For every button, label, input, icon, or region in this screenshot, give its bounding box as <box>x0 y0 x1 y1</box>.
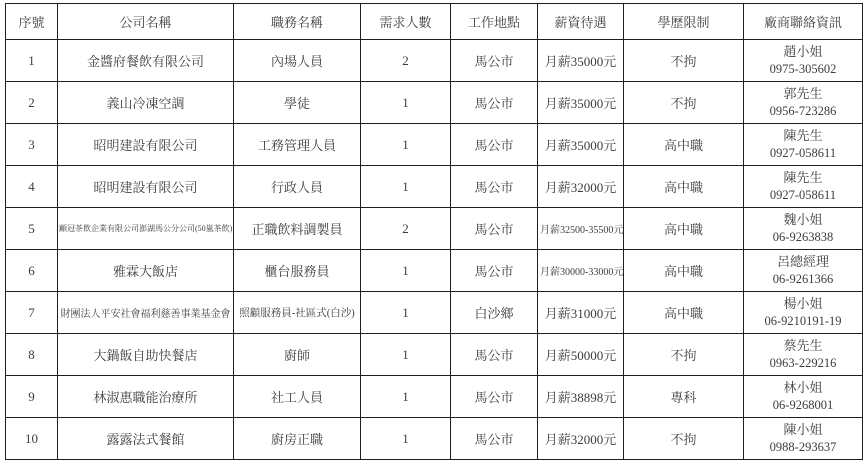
cell-salary: 月薪50000元 <box>538 334 624 376</box>
contact-phone-number: 0927-058611 <box>746 187 860 203</box>
contact-person-name: 陳先生 <box>746 170 860 187</box>
table-row: 2 義山冷凍空調 學徒 1 馬公市 月薪35000元 不拘 郭先生 0956-7… <box>6 82 863 124</box>
cell-vendor-contact: 蔡先生 0963-229216 <box>744 334 863 376</box>
contact-person-name: 呂總經理 <box>746 254 860 271</box>
table-row: 7 財團法人平安社會福利慈善事業基金會 照顧服務員-社區式(白沙) 1 白沙鄉 … <box>6 292 863 334</box>
cell-work-location: 馬公市 <box>451 334 538 376</box>
cell-job-title: 工務管理人員 <box>234 124 361 166</box>
cell-work-location: 白沙鄉 <box>451 292 538 334</box>
cell-company-name: 金醬府餐飲有限公司 <box>58 40 234 82</box>
cell-education-limit: 不拘 <box>624 82 744 124</box>
cell-vendor-contact: 郭先生 0956-723286 <box>744 82 863 124</box>
cell-salary: 月薪32000元 <box>538 418 624 460</box>
table-row: 3 昭明建設有限公司 工務管理人員 1 馬公市 月薪35000元 高中職 陳先生… <box>6 124 863 166</box>
cell-serial-number: 10 <box>6 418 58 460</box>
cell-serial-number: 7 <box>6 292 58 334</box>
header-job-title: 職務名稱 <box>234 4 361 40</box>
table-row: 10 露露法式餐館 廚房正職 1 馬公市 月薪32000元 不拘 陳小姐 098… <box>6 418 863 460</box>
cell-serial-number: 2 <box>6 82 58 124</box>
contact-person-name: 魏小姐 <box>746 212 860 229</box>
cell-education-limit: 高中職 <box>624 250 744 292</box>
cell-salary: 月薪38898元 <box>538 376 624 418</box>
header-headcount: 需求人數 <box>361 4 451 40</box>
cell-company-name: 顧冠茶飲企業有限公司澎湖馬公分公司(50嵐茶飲) <box>58 208 234 250</box>
job-listings-table: 序號 公司名稱 職務名稱 需求人數 工作地點 薪資待遇 學歷限制 廠商聯絡資訊 … <box>5 3 863 460</box>
cell-education-limit: 高中職 <box>624 166 744 208</box>
cell-vendor-contact: 陳小姐 0988-293637 <box>744 418 863 460</box>
cell-company-name: 林淑惠職能治療所 <box>58 376 234 418</box>
cell-vendor-contact: 楊小姐 06-9210191-19 <box>744 292 863 334</box>
cell-education-limit: 高中職 <box>624 208 744 250</box>
contact-phone-number: 06-9268001 <box>746 397 860 413</box>
cell-headcount: 1 <box>361 82 451 124</box>
cell-job-title: 社工人員 <box>234 376 361 418</box>
contact-phone-number: 06-9210191-19 <box>746 313 860 329</box>
cell-job-title: 學徒 <box>234 82 361 124</box>
header-vendor-contact: 廠商聯絡資訊 <box>744 4 863 40</box>
cell-vendor-contact: 陳先生 0927-058611 <box>744 124 863 166</box>
cell-work-location: 馬公市 <box>451 82 538 124</box>
table-body: 1 金醬府餐飲有限公司 內場人員 2 馬公市 月薪35000元 不拘 趙小姐 0… <box>6 40 863 460</box>
cell-education-limit: 不拘 <box>624 334 744 376</box>
cell-headcount: 1 <box>361 124 451 166</box>
contact-person-name: 陳先生 <box>746 128 860 145</box>
cell-salary: 月薪32500-35500元 <box>538 208 624 250</box>
header-work-location: 工作地點 <box>451 4 538 40</box>
cell-job-title: 正職飲料調製員 <box>234 208 361 250</box>
cell-headcount: 1 <box>361 418 451 460</box>
cell-serial-number: 5 <box>6 208 58 250</box>
cell-salary: 月薪35000元 <box>538 40 624 82</box>
cell-company-name: 財團法人平安社會福利慈善事業基金會 <box>58 292 234 334</box>
cell-salary: 月薪32000元 <box>538 166 624 208</box>
cell-job-title: 廚師 <box>234 334 361 376</box>
contact-phone-number: 06-9261366 <box>746 271 860 287</box>
cell-education-limit: 高中職 <box>624 292 744 334</box>
cell-salary: 月薪30000-33000元 <box>538 250 624 292</box>
job-listings-document: 序號 公司名稱 職務名稱 需求人數 工作地點 薪資待遇 學歷限制 廠商聯絡資訊 … <box>5 3 863 460</box>
cell-headcount: 1 <box>361 166 451 208</box>
cell-serial-number: 8 <box>6 334 58 376</box>
cell-work-location: 馬公市 <box>451 208 538 250</box>
contact-person-name: 郭先生 <box>746 86 860 103</box>
contact-phone-number: 06-9263838 <box>746 229 860 245</box>
contact-phone-number: 0956-723286 <box>746 103 860 119</box>
table-row: 1 金醬府餐飲有限公司 內場人員 2 馬公市 月薪35000元 不拘 趙小姐 0… <box>6 40 863 82</box>
cell-education-limit: 專科 <box>624 376 744 418</box>
cell-vendor-contact: 陳先生 0927-058611 <box>744 166 863 208</box>
cell-headcount: 1 <box>361 334 451 376</box>
cell-company-name: 義山冷凍空調 <box>58 82 234 124</box>
cell-company-name: 露露法式餐館 <box>58 418 234 460</box>
cell-work-location: 馬公市 <box>451 418 538 460</box>
cell-company-name: 雅霖大飯店 <box>58 250 234 292</box>
cell-serial-number: 3 <box>6 124 58 166</box>
cell-job-title: 櫃台服務員 <box>234 250 361 292</box>
cell-company-name: 昭明建設有限公司 <box>58 166 234 208</box>
contact-phone-number: 0988-293637 <box>746 439 860 455</box>
cell-headcount: 2 <box>361 208 451 250</box>
contact-person-name: 林小姐 <box>746 380 860 397</box>
contact-person-name: 楊小姐 <box>746 296 860 313</box>
cell-education-limit: 不拘 <box>624 418 744 460</box>
cell-job-title: 照顧服務員-社區式(白沙) <box>234 292 361 334</box>
cell-work-location: 馬公市 <box>451 166 538 208</box>
cell-work-location: 馬公市 <box>451 376 538 418</box>
cell-serial-number: 1 <box>6 40 58 82</box>
cell-serial-number: 6 <box>6 250 58 292</box>
contact-person-name: 陳小姐 <box>746 422 860 439</box>
cell-company-name: 大鍋飯自助快餐店 <box>58 334 234 376</box>
table-row: 8 大鍋飯自助快餐店 廚師 1 馬公市 月薪50000元 不拘 蔡先生 0963… <box>6 334 863 376</box>
header-salary: 薪資待遇 <box>538 4 624 40</box>
table-row: 5 顧冠茶飲企業有限公司澎湖馬公分公司(50嵐茶飲) 正職飲料調製員 2 馬公市… <box>6 208 863 250</box>
contact-person-name: 趙小姐 <box>746 44 860 61</box>
contact-person-name: 蔡先生 <box>746 338 860 355</box>
cell-job-title: 行政人員 <box>234 166 361 208</box>
cell-salary: 月薪31000元 <box>538 292 624 334</box>
header-education-limit: 學歷限制 <box>624 4 744 40</box>
contact-phone-number: 0975-305602 <box>746 61 860 77</box>
cell-vendor-contact: 林小姐 06-9268001 <box>744 376 863 418</box>
cell-company-name: 昭明建設有限公司 <box>58 124 234 166</box>
cell-serial-number: 4 <box>6 166 58 208</box>
cell-vendor-contact: 呂總經理 06-9261366 <box>744 250 863 292</box>
table-row: 9 林淑惠職能治療所 社工人員 1 馬公市 月薪38898元 專科 林小姐 06… <box>6 376 863 418</box>
cell-salary: 月薪35000元 <box>538 82 624 124</box>
contact-phone-number: 0927-058611 <box>746 145 860 161</box>
cell-headcount: 1 <box>361 292 451 334</box>
table-header-row: 序號 公司名稱 職務名稱 需求人數 工作地點 薪資待遇 學歷限制 廠商聯絡資訊 <box>6 4 863 40</box>
cell-work-location: 馬公市 <box>451 124 538 166</box>
header-company-name: 公司名稱 <box>58 4 234 40</box>
table-row: 4 昭明建設有限公司 行政人員 1 馬公市 月薪32000元 高中職 陳先生 0… <box>6 166 863 208</box>
cell-vendor-contact: 趙小姐 0975-305602 <box>744 40 863 82</box>
cell-work-location: 馬公市 <box>451 250 538 292</box>
table-row: 6 雅霖大飯店 櫃台服務員 1 馬公市 月薪30000-33000元 高中職 呂… <box>6 250 863 292</box>
cell-education-limit: 不拘 <box>624 40 744 82</box>
header-serial-number: 序號 <box>6 4 58 40</box>
cell-serial-number: 9 <box>6 376 58 418</box>
cell-headcount: 1 <box>361 250 451 292</box>
cell-salary: 月薪35000元 <box>538 124 624 166</box>
cell-job-title: 廚房正職 <box>234 418 361 460</box>
cell-headcount: 1 <box>361 376 451 418</box>
cell-job-title: 內場人員 <box>234 40 361 82</box>
cell-education-limit: 高中職 <box>624 124 744 166</box>
cell-headcount: 2 <box>361 40 451 82</box>
cell-vendor-contact: 魏小姐 06-9263838 <box>744 208 863 250</box>
cell-work-location: 馬公市 <box>451 40 538 82</box>
contact-phone-number: 0963-229216 <box>746 355 860 371</box>
